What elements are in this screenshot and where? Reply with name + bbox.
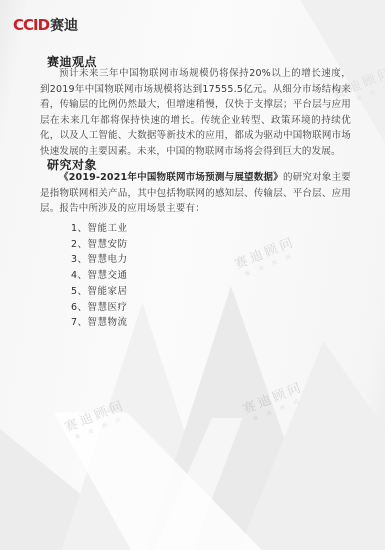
report-title: 《2019-2021年中国物联网市场预测与展望数据》 bbox=[59, 172, 283, 183]
watermark-text: 赛迪顾问 bbox=[224, 370, 320, 424]
list-item: 5、智能家居 bbox=[71, 284, 128, 300]
list-item: 7、智慧物流 bbox=[71, 315, 128, 331]
ccid-logo-cn: 赛迪 bbox=[50, 18, 78, 34]
report-page: 赛迪顾问 赛 迪 顾 问 赛迪顾问 赛 迪 顾 问 赛迪顾问 赛 迪 顾 问 赛… bbox=[0, 0, 385, 550]
ccid-logo-en: CCID bbox=[13, 16, 49, 34]
watermark-subtext: 赛 迪 顾 问 bbox=[232, 389, 324, 431]
watermark-subtext: 赛 迪 顾 问 bbox=[224, 244, 316, 286]
watermark-text: 赛迪顾问 bbox=[216, 225, 312, 279]
list-item: 6、智慧医疗 bbox=[71, 300, 128, 316]
watermark: 赛迪顾问 赛 迪 顾 问 bbox=[46, 388, 145, 449]
watermark-text: 赛迪顾问 bbox=[46, 388, 142, 442]
application-scenarios-list: 1、智能工业 2、智慧安防 3、智慧电力 4、智慧交通 5、智能家居 6、智慧医… bbox=[71, 221, 128, 331]
list-item: 1、智能工业 bbox=[71, 221, 128, 237]
list-item: 2、智慧安防 bbox=[71, 237, 128, 253]
watermark: 赛迪顾问 赛 迪 顾 问 bbox=[224, 370, 323, 431]
watermark: 赛迪顾问 赛 迪 顾 问 bbox=[216, 225, 315, 286]
watermark-subtext: 赛 迪 顾 问 bbox=[54, 407, 146, 449]
ccid-logo: CCID赛迪 bbox=[13, 15, 78, 35]
list-item: 4、智慧交通 bbox=[71, 268, 128, 284]
viewpoint-paragraph: 预计未来三年中国物联网市场规模仍将保持20%以上的增长速度，到2019年中国物联… bbox=[40, 66, 351, 160]
research-paragraph: 《2019-2021年中国物联网市场预测与展望数据》的研究对象主要是指物联网相关… bbox=[40, 170, 351, 217]
list-item: 3、智慧电力 bbox=[71, 252, 128, 268]
